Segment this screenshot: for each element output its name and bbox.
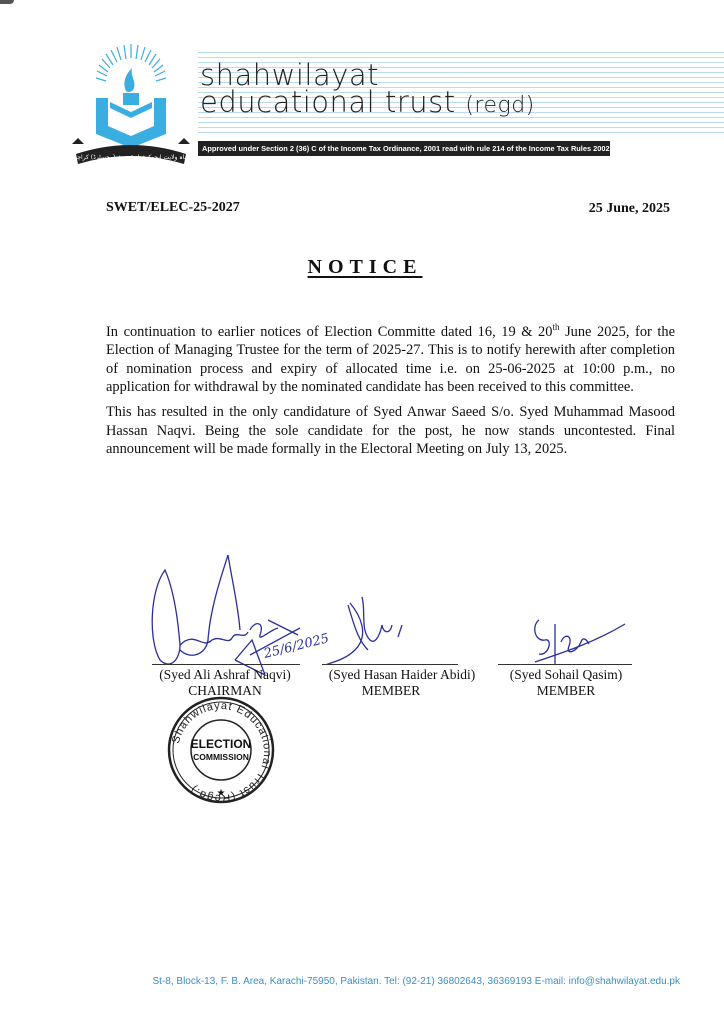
signature-line-member2 (498, 664, 632, 665)
member2-signature-icon (525, 612, 635, 667)
svg-text:ELECTION: ELECTION (191, 737, 252, 751)
member1-name: (Syed Hasan Haider Abidi) (316, 667, 488, 683)
brand-name: shahwilayat educational trust (regd) (200, 62, 535, 119)
brand-line2: educational trust (200, 85, 456, 119)
approval-banner: Approved under Section 2 (36) C of the I… (198, 141, 610, 156)
document-date: 25 June, 2025 (589, 201, 670, 217)
signature-line-chairman (152, 664, 300, 665)
trust-logo: شاہ ولایت ایجوکیشنل ٹرسٹ (رجسٹرڈ) کراچی (66, 36, 196, 166)
member2-role: MEMBER (496, 683, 636, 699)
member1-signature-icon (320, 595, 430, 665)
footer-address: St-8, Block-13, F. B. Area, Karachi-7595… (0, 976, 680, 987)
svg-text:25/6/2025: 25/6/2025 (261, 631, 330, 662)
paragraph-2: This has resulted in the only candidatur… (106, 403, 675, 459)
svg-text:COMMISSION: COMMISSION (193, 752, 249, 762)
scan-artifact (0, 0, 14, 4)
election-commission-stamp: Shahwilayat Educational Trust (Regd.) EL… (160, 692, 282, 804)
notice-title: NOTICE (0, 256, 724, 279)
paragraph-1: In continuation to earlier notices of El… (106, 318, 675, 397)
star-icon: ★ (217, 788, 226, 799)
signature-line-member1 (322, 664, 458, 665)
chairman-name: (Syed Ali Ashraf Naqvi) (150, 667, 300, 683)
member1-role: MEMBER (316, 683, 466, 699)
member2-name: (Syed Sohail Qasim) (496, 667, 636, 683)
reference-number: SWET/ELEC-25-2027 (106, 200, 240, 216)
open-book-torch-logo-icon: شاہ ولایت ایجوکیشنل ٹرسٹ (رجسٹرڈ) کراچی (66, 36, 196, 166)
svg-text:شاہ ولایت ایجوکیشنل ٹرسٹ (رجسٹ: شاہ ولایت ایجوکیشنل ٹرسٹ (رجسٹرڈ) کراچی (72, 154, 189, 161)
brand-suffix: (regd) (465, 93, 534, 118)
